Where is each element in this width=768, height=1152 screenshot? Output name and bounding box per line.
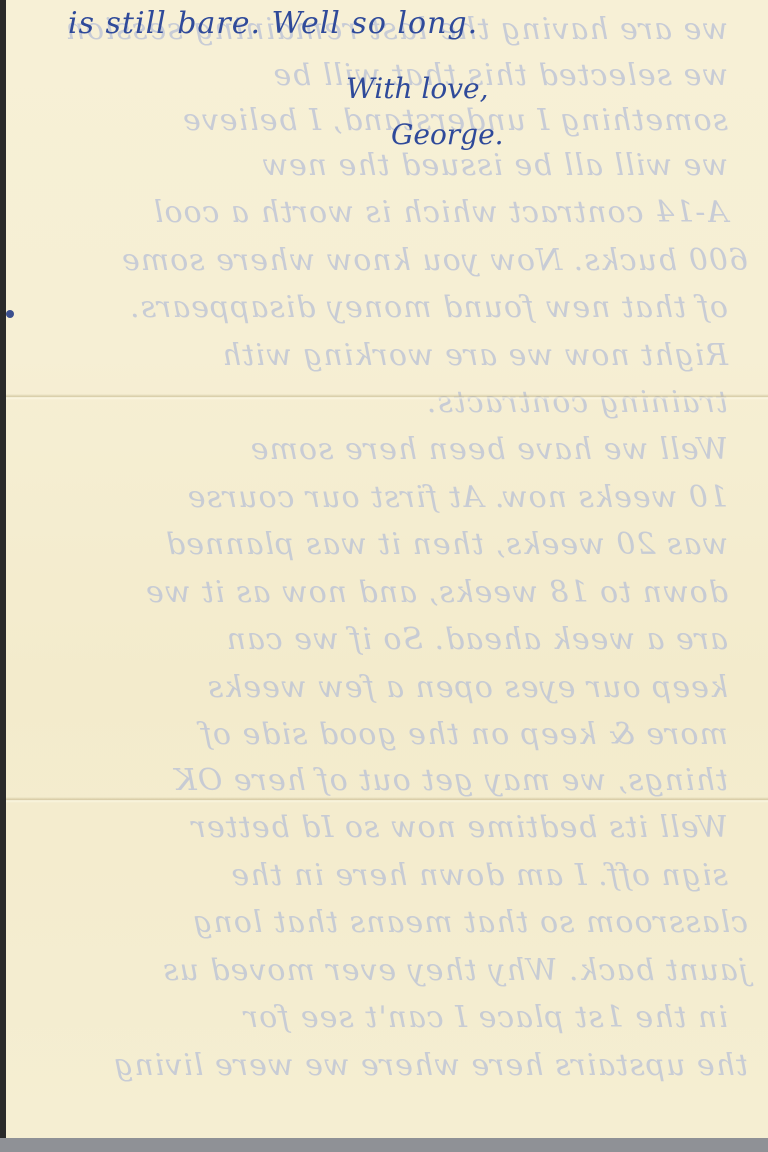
bleed-line: of that new found money disappears.: [129, 290, 728, 325]
bleed-line: we will all be issued the new: [261, 148, 728, 183]
bleed-line: Well we have been here some: [250, 432, 728, 467]
bleed-line: more & keep on the good side of: [200, 717, 728, 752]
bleed-line: we selected this that will be: [272, 58, 728, 93]
letter-signature: George.: [391, 118, 504, 151]
bleed-line: Well its bedtime now so Id better: [191, 810, 728, 845]
bleed-line: classroom so that means that long: [192, 905, 748, 940]
bleed-line: things, we may get out of here OK: [173, 763, 728, 798]
bleed-line: training contracts.: [426, 385, 728, 420]
paper-fold-crease: [6, 394, 768, 400]
bleed-line: 600 bucks. Now you know where some: [121, 243, 748, 278]
bleed-line: was 20 weeks, then it was planned: [165, 527, 728, 562]
bleed-line: jaunt back. Why they ever moved us: [162, 953, 748, 988]
bleed-line: 10 weeks now. At first our course: [187, 480, 728, 515]
letter-final-line: is still bare. Well so long.: [68, 6, 478, 41]
letter-page: we are having the last remaining session…: [6, 0, 768, 1138]
bleed-line: keep our eyes open a few weeks: [207, 670, 728, 705]
bleed-line: Right now we are working with: [221, 338, 728, 373]
bleed-line: A-14 contract which is worth a cool: [153, 195, 728, 230]
reverse-side-bleed-through: we are having the last remaining session…: [6, 0, 768, 1138]
bleed-line: are a week ahead. So if we can: [226, 622, 728, 657]
ink-blot: [6, 310, 14, 318]
bleed-line: down to 18 weeks, and now as it we: [145, 575, 728, 610]
letter-closing: With love,: [346, 72, 489, 105]
bleed-line: in the 1st place I can't see for: [243, 1000, 728, 1035]
paper-fold-crease: [6, 797, 768, 803]
scan-bottom-edge: [0, 1138, 768, 1152]
bleed-line: the upstairs here where we were living: [113, 1048, 748, 1083]
bleed-line: sign off. I am down here in the: [230, 858, 728, 893]
